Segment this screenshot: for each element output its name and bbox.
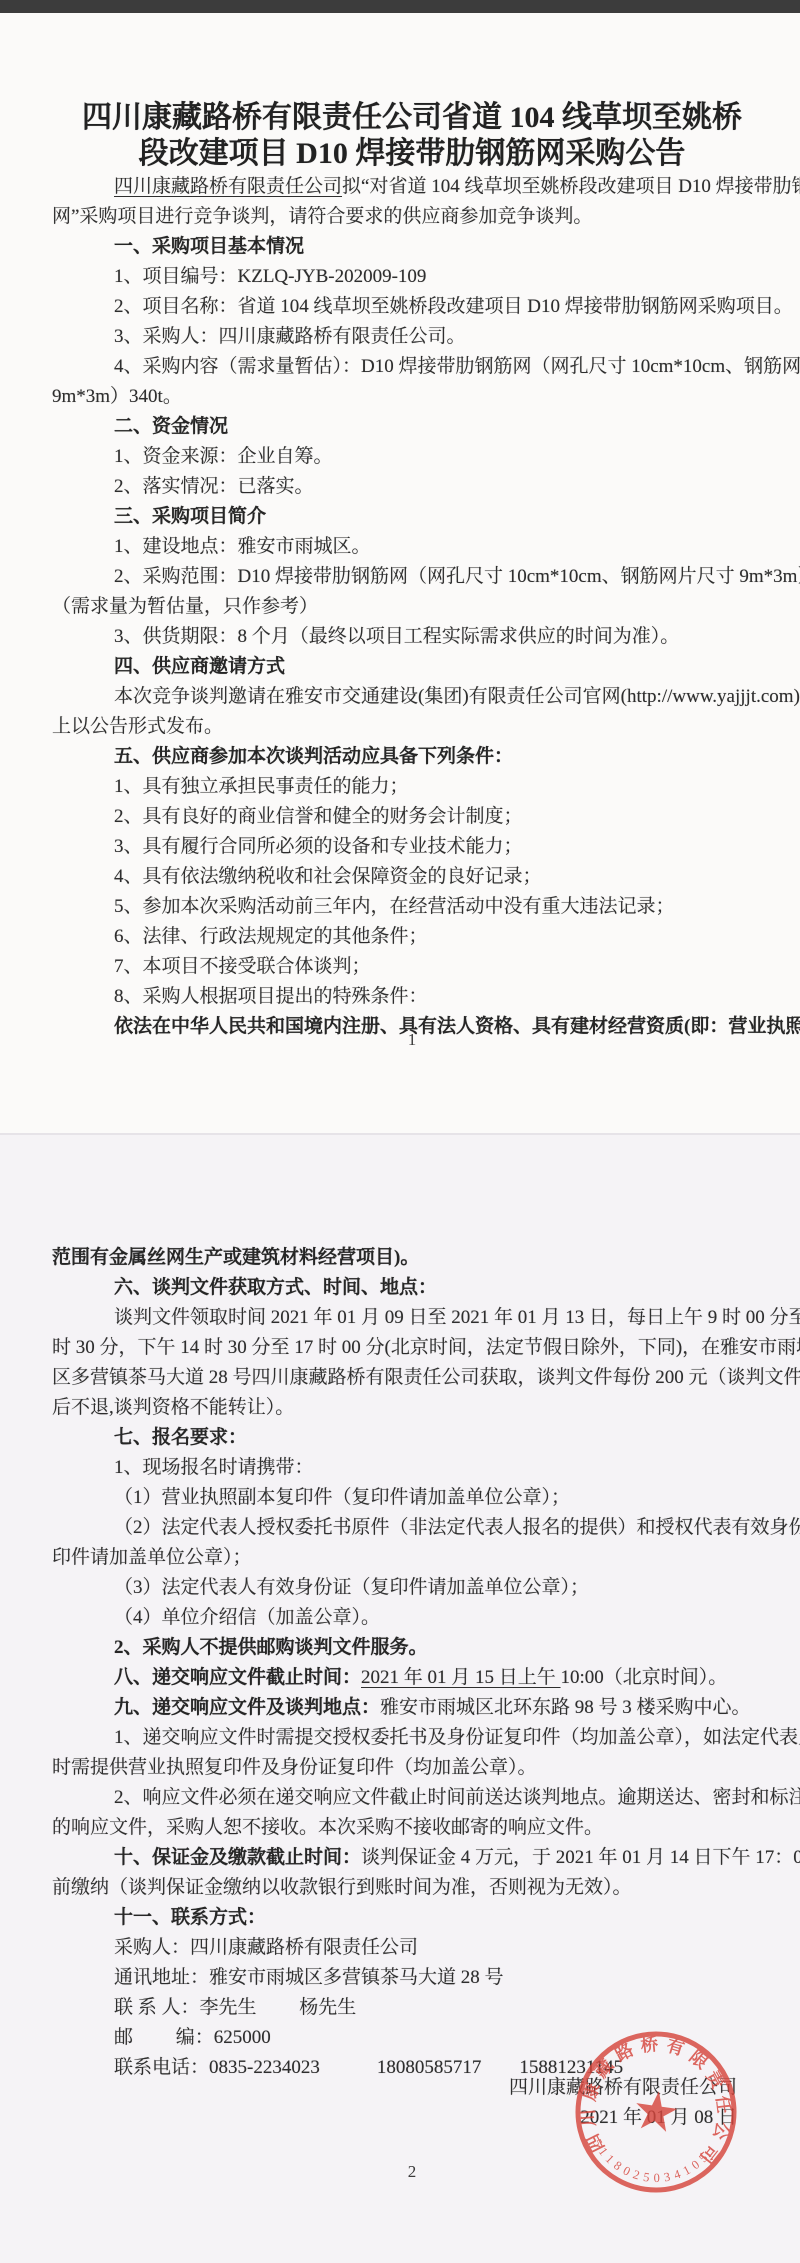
text-segment: （2）法定代表人授权委托书原件（非法定代表人报名的提供）和授权代表有效身份证（复 xyxy=(114,1517,800,1538)
text-line: 区多营镇茶马大道 28 号四川康藏路桥有限责任公司获取，谈判文件每份 200 元… xyxy=(52,1363,772,1393)
text-segment: 4、具有依法缴纳税收和社会保障资金的良好记录； xyxy=(114,866,542,887)
page-number: 2 xyxy=(52,2160,772,2184)
text-segment: 四川康藏路桥有限责任公司 xyxy=(509,2077,737,2098)
text-line: 1、资金来源：企业自筹。 xyxy=(52,442,772,472)
text-line: 印件请加盖单位公章）； xyxy=(52,1543,772,1573)
text-line: 4、具有依法缴纳税收和社会保障资金的良好记录； xyxy=(52,862,772,892)
text-line: 7、本项目不接受联合体谈判； xyxy=(52,952,772,982)
text-line: 十、保证金及缴款截止时间：谈判保证金 4 万元，于 2021 年 01 月 14… xyxy=(52,1843,772,1873)
text-segment: 2、采购人不提供邮购谈判文件服务。 xyxy=(114,1637,428,1658)
text-segment: （3）法定代表人有效身份证（复印件请加盖单位公章）； xyxy=(114,1577,589,1598)
text-segment: 2、响应文件必须在递交响应文件截止时间前送达谈判地点。逾期送达、密封和标注错误 xyxy=(114,1787,800,1808)
text-line: 9m*3m）340t。 xyxy=(52,382,772,412)
text-segment: 1、项目编号：KZLQ-JYB-202009-109 xyxy=(114,266,426,287)
text-line: 五、供应商参加本次谈判活动应具备下列条件： xyxy=(52,742,772,772)
text-segment: 二、资金情况 xyxy=(114,416,228,437)
text-segment: 网”采购项目进行竞争谈判，请符合要求的供应商参加竞争谈判。 xyxy=(52,206,592,227)
text-segment: 5、参加本次采购活动前三年内，在经营活动中没有重大违法记录； xyxy=(114,896,675,917)
text-line: 的响应文件，采购人恕不接收。本次采购不接收邮寄的响应文件。 xyxy=(52,1813,772,1843)
text-line: 时需提供营业执照复印件及身份证复印件（均加盖公章）。 xyxy=(52,1753,772,1783)
text-segment: 2021 年 01 月 15 日上午 xyxy=(361,1667,561,1688)
text-segment: 2、项目名称：省道 104 线草坝至姚桥段改建项目 D10 焊接带肋钢筋网采购项… xyxy=(114,296,793,317)
text-segment: 邮 编：625000 xyxy=(114,2027,271,2048)
text-line: 3、具有履行合同所必须的设备和专业技术能力； xyxy=(52,832,772,862)
text-line: 1、建设地点：雅安市雨城区。 xyxy=(52,532,772,562)
text-line: 6、法律、行政法规规定的其他条件； xyxy=(52,922,772,952)
text-segment: （需求量为暂估量，只作参考） xyxy=(52,596,318,617)
text-segment: 后不退,谈判资格不能转让）。 xyxy=(52,1397,294,1418)
text-segment: 六、谈判文件获取方式、时间、地点： xyxy=(114,1277,437,1298)
text-segment: 九、递交响应文件及谈判地点： xyxy=(114,1697,380,1718)
text-line: 5、参加本次采购活动前三年内，在经营活动中没有重大违法记录； xyxy=(52,892,772,922)
text-line: 4、采购内容（需求量暂估）：D10 焊接带肋钢筋网（网孔尺寸 10cm*10cm… xyxy=(52,352,772,382)
text-segment: 一、采购项目基本情况 xyxy=(114,236,304,257)
text-line: 六、谈判文件获取方式、时间、地点： xyxy=(52,1273,772,1303)
text-segment: 1、具有独立承担民事责任的能力； xyxy=(114,776,409,797)
page-2-content: 范围有金属丝网生产或建筑材料经营项目)。六、谈判文件获取方式、时间、地点：谈判文… xyxy=(52,1243,772,2133)
text-line: 八、递交响应文件截止时间：2021 年 01 月 15 日上午 10:00（北京… xyxy=(52,1663,772,1693)
text-segment: 2、采购范围：D10 焊接带肋钢筋网（网孔尺寸 10cm*10cm、钢筋网片尺寸… xyxy=(114,566,800,587)
text-line: 谈判文件领取时间 2021 年 01 月 09 日至 2021 年 01 月 1… xyxy=(52,1303,772,1333)
text-line: 1、具有独立承担民事责任的能力； xyxy=(52,772,772,802)
text-line: 3、供货期限：8 个月（最终以项目工程实际需求供应的时间为准）。 xyxy=(52,622,772,652)
text-line: （需求量为暂估量，只作参考） xyxy=(52,592,772,622)
text-segment: 本次竞争谈判邀请在雅安市交通建设(集团)有限责任公司官网(http://www.… xyxy=(114,686,800,707)
text-line: 3、采购人：四川康藏路桥有限责任公司。 xyxy=(52,322,772,352)
text-line: 七、报名要求： xyxy=(52,1423,772,1453)
text-segment: 2021 年 01 月 08 日 xyxy=(580,2107,737,2128)
text-segment: 谈判文件领取时间 2021 年 01 月 09 日至 2021 年 01 月 1… xyxy=(114,1307,800,1328)
text-segment: 9m*3m）340t。 xyxy=(52,386,182,407)
text-line: 2、落实情况：已落实。 xyxy=(52,472,772,502)
text-segment: 印件请加盖单位公章）； xyxy=(52,1547,252,1568)
text-line: （2）法定代表人授权委托书原件（非法定代表人报名的提供）和授权代表有效身份证（复 xyxy=(52,1513,772,1543)
document-title-line: 四川康藏路桥有限责任公司省道 104 线草坝至姚桥 xyxy=(52,100,772,136)
text-segment: 七、报名要求： xyxy=(114,1427,247,1448)
page-1-content: 四川康藏路桥有限责任公司省道 104 线草坝至姚桥段改建项目 D10 焊接带肋钢… xyxy=(52,100,772,1042)
text-segment: 3、供货期限：8 个月（最终以项目工程实际需求供应的时间为准）。 xyxy=(114,626,679,647)
text-segment: 采购人：四川康藏路桥有限责任公司 xyxy=(114,1937,418,1958)
text-line: 十一、联系方式： xyxy=(52,1903,772,1933)
text-line: （1）营业执照副本复印件（复印件请加盖单位公章）； xyxy=(52,1483,772,1513)
text-line: 8、采购人根据项目提出的特殊条件： xyxy=(52,982,772,1012)
text-line: 邮 编：625000 xyxy=(52,2023,772,2053)
text-line: 2、采购人不提供邮购谈判文件服务。 xyxy=(52,1633,772,1663)
text-segment: 谈判保证金 4 万元，于 2021 年 01 月 14 日下午 17：00 时 xyxy=(361,1847,800,1868)
text-segment: 3、采购人：四川康藏路桥有限责任公司。 xyxy=(114,326,466,347)
text-segment: 段改建项目 D10 焊接带肋钢筋网采购公告 xyxy=(139,137,686,170)
text-segment: （1）营业执照副本复印件（复印件请加盖单位公章）； xyxy=(114,1487,570,1508)
text-segment: 十、保证金及缴款截止时间： xyxy=(114,1847,361,1868)
text-segment: 前缴纳（谈判保证金缴纳以收款银行到账时间为准，否则视为无效）。 xyxy=(52,1877,632,1898)
text-line: 采购人：四川康藏路桥有限责任公司 xyxy=(52,1933,772,1963)
text-segment: 五、供应商参加本次谈判活动应具备下列条件： xyxy=(114,746,513,767)
text-segment: 四川康藏路桥有限责任公司省道 104 线草坝至姚桥 xyxy=(82,101,742,134)
text-line: 网”采购项目进行竞争谈判，请符合要求的供应商参加竞争谈判。 xyxy=(52,202,772,232)
text-line: （3）法定代表人有效身份证（复印件请加盖单位公章）； xyxy=(52,1573,772,1603)
text-line: 1、递交响应文件时需提交授权委托书及身份证复印件（均加盖公章），如法定代表人递交 xyxy=(52,1723,772,1753)
text-segment: 2、具有良好的商业信誉和健全的财务会计制度； xyxy=(114,806,523,827)
text-segment: 八、递交响应文件截止时间： xyxy=(114,1667,361,1688)
text-segment: 十一、联系方式： xyxy=(114,1907,266,1928)
text-line: 三、采购项目简介 xyxy=(52,502,772,532)
text-segment: （4）单位介绍信（加盖公章）。 xyxy=(114,1607,380,1628)
text-segment: 时 30 分，下午 14 时 30 分至 17 时 00 分(北京时间，法定节假… xyxy=(52,1337,800,1358)
text-segment: 雅安市雨城区北环东路 98 号 3 楼采购中心。 xyxy=(380,1697,751,1718)
text-line: 一、采购项目基本情况 xyxy=(52,232,772,262)
text-segment: 7、本项目不接受联合体谈判； xyxy=(114,956,371,977)
text-segment: 四、供应商邀请方式 xyxy=(114,656,285,677)
text-segment: 3、具有履行合同所必须的设备和专业技术能力； xyxy=(114,836,523,857)
text-segment: 1、资金来源：企业自筹。 xyxy=(114,446,333,467)
text-line: （4）单位介绍信（加盖公章）。 xyxy=(52,1603,772,1633)
text-line: 2、响应文件必须在递交响应文件截止时间前送达谈判地点。逾期送达、密封和标注错误 xyxy=(52,1783,772,1813)
text-segment: 通讯地址：雅安市雨城区多营镇茶马大道 28 号 xyxy=(114,1967,504,1988)
text-segment: 时需提供营业执照复印件及身份证复印件（均加盖公章）。 xyxy=(52,1757,537,1778)
text-segment: 上以公告形式发布。 xyxy=(52,716,223,737)
text-line: 九、递交响应文件及谈判地点：雅安市雨城区北环东路 98 号 3 楼采购中心。 xyxy=(52,1693,772,1723)
text-segment: 2、落实情况：已落实。 xyxy=(114,476,314,497)
text-line: 前缴纳（谈判保证金缴纳以收款银行到账时间为准，否则视为无效）。 xyxy=(52,1873,772,1903)
text-segment: 范围有金属丝网生产或建筑材料经营项目)。 xyxy=(52,1247,419,1268)
text-line: 范围有金属丝网生产或建筑材料经营项目)。 xyxy=(52,1243,772,1273)
text-segment: 1、建设地点：雅安市雨城区。 xyxy=(114,536,371,557)
text-segment: 联 系 人：李先生 杨先生 xyxy=(114,1997,356,2018)
text-segment: 三、采购项目简介 xyxy=(114,506,266,527)
text-segment: 区多营镇茶马大道 28 号四川康藏路桥有限责任公司获取，谈判文件每份 200 元… xyxy=(52,1367,800,1388)
text-segment: 10:00（北京时间）。 xyxy=(561,1667,728,1688)
text-line: 2、项目名称：省道 104 线草坝至姚桥段改建项目 D10 焊接带肋钢筋网采购项… xyxy=(52,292,772,322)
scan-edge-top xyxy=(0,0,800,13)
text-line: 时 30 分，下午 14 时 30 分至 17 时 00 分(北京时间，法定节假… xyxy=(52,1333,772,1363)
text-segment: 四川康藏路桥有限责任公司 xyxy=(114,176,342,197)
document-title-line: 段改建项目 D10 焊接带肋钢筋网采购公告 xyxy=(52,136,772,172)
text-line: 二、资金情况 xyxy=(52,412,772,442)
text-segment: 4、采购内容（需求量暂估）：D10 焊接带肋钢筋网（网孔尺寸 10cm*10cm… xyxy=(114,356,800,377)
text-line: 2、采购范围：D10 焊接带肋钢筋网（网孔尺寸 10cm*10cm、钢筋网片尺寸… xyxy=(52,562,772,592)
text-line: 上以公告形式发布。 xyxy=(52,712,772,742)
text-line: 1、项目编号：KZLQ-JYB-202009-109 xyxy=(52,262,772,292)
text-segment: 1、现场报名时请携带： xyxy=(114,1457,314,1478)
text-line: 四、供应商邀请方式 xyxy=(52,652,772,682)
text-line: 通讯地址：雅安市雨城区多营镇茶马大道 28 号 xyxy=(52,1963,772,1993)
text-segment: 6、法律、行政法规规定的其他条件； xyxy=(114,926,428,947)
text-line: 后不退,谈判资格不能转让）。 xyxy=(52,1393,772,1423)
page-number: 1 xyxy=(52,1028,772,1052)
text-segment: 的响应文件，采购人恕不接收。本次采购不接收邮寄的响应文件。 xyxy=(52,1817,603,1838)
text-line: 四川康藏路桥有限责任公司拟“对省道 104 线草坝至姚桥段改建项目 D10 焊接… xyxy=(52,172,772,202)
text-line: 2、具有良好的商业信誉和健全的财务会计制度； xyxy=(52,802,772,832)
text-segment: 8、采购人根据项目提出的特殊条件： xyxy=(114,986,428,1007)
text-segment: 1、递交响应文件时需提交授权委托书及身份证复印件（均加盖公章），如法定代表人递交 xyxy=(114,1727,800,1748)
text-line: 2021 年 01 月 08 日 xyxy=(52,2103,772,2133)
text-line: 1、现场报名时请携带： xyxy=(52,1453,772,1483)
text-segment: 拟“对省道 104 线草坝至姚桥段改建项目 D10 焊接带肋钢筋 xyxy=(342,176,800,197)
text-line: 本次竞争谈判邀请在雅安市交通建设(集团)有限责任公司官网(http://www.… xyxy=(52,682,772,712)
text-line: 联 系 人：李先生 杨先生 xyxy=(52,1993,772,2023)
